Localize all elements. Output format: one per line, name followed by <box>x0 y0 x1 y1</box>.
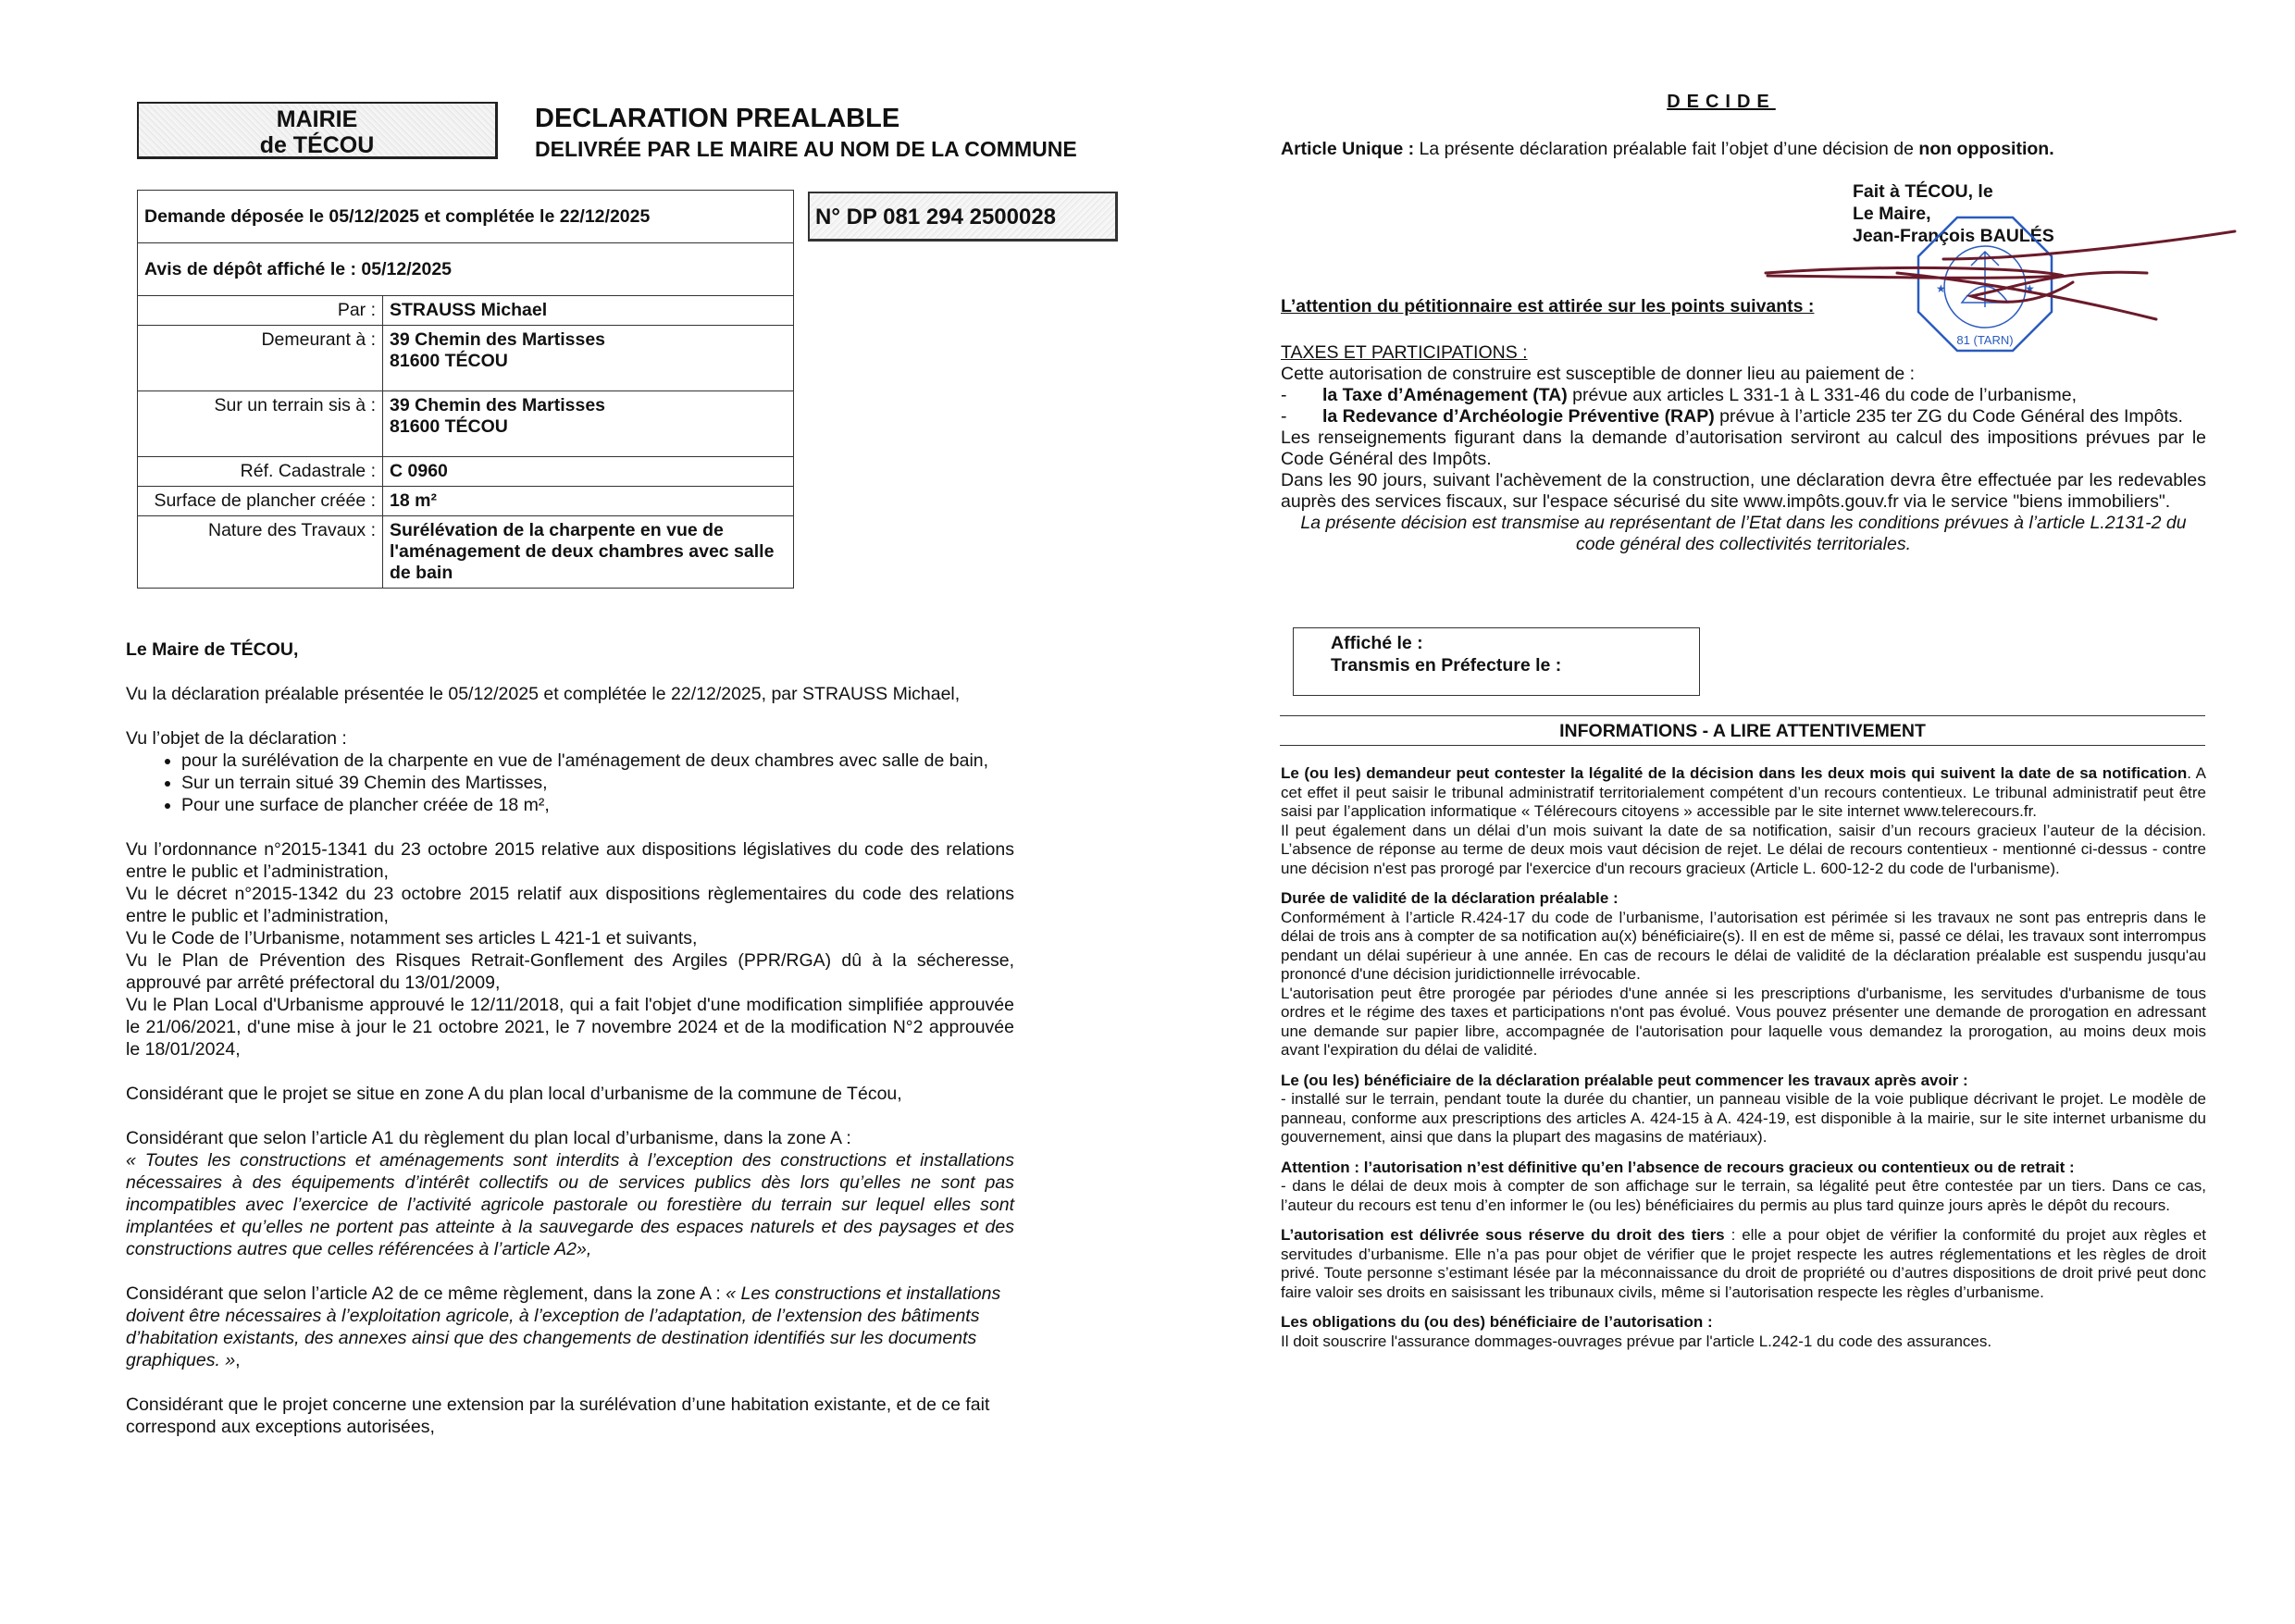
signature-scribble-icon <box>1758 222 2239 324</box>
info-section: Il peut également dans un délai d’un moi… <box>1281 822 2206 879</box>
divider <box>1280 745 2205 746</box>
vu-line: Vu l’ordonnance n°2015-1341 du 23 octobr… <box>126 838 1014 883</box>
taxes-section: TAXES ET PARTICIPATIONS : Cette autorisa… <box>1281 342 2206 555</box>
vu-line: Vu le Plan de Prévention des Risques Ret… <box>126 949 1014 994</box>
taxes-intro: Cette autorisation de construire est sus… <box>1281 364 2206 385</box>
info-value: 39 Chemin des Martisses81600 TÉCOU <box>383 326 794 391</box>
vu-objet: Vu l’objet de la déclaration : <box>126 727 1014 750</box>
info-label: Par : <box>138 296 383 326</box>
info-section: Les obligations du (ou des) bénéficiaire… <box>1281 1313 2206 1351</box>
objet-item: Sur un terrain situé 39 Chemin des Marti… <box>181 772 1014 794</box>
tax-item-name: la Redevance d’Archéologie Préventive (R… <box>1322 406 1715 427</box>
info-section-text: Il peut également dans un délai d’un moi… <box>1281 822 2206 877</box>
declaration-info-table: Demande déposée le 05/12/2025 et complét… <box>137 190 794 589</box>
attention-heading: L’attention du pétitionnaire est attirée… <box>1281 296 1814 317</box>
demande-date: Demande déposée le 05/12/2025 et complét… <box>138 191 794 243</box>
info-section-text: - installé sur le terrain, pendant toute… <box>1281 1090 2206 1146</box>
info-section-heading: Le (ou les) bénéficiaire de la déclarati… <box>1281 1072 2206 1091</box>
considerant-a1-quote: « Toutes les constructions et aménagemen… <box>126 1150 1014 1259</box>
left-body: Le Maire de TÉCOU, Vu la déclaration pré… <box>126 638 1014 1460</box>
info-section-heading: Durée de validité de la déclaration préa… <box>1281 889 2206 909</box>
informations-heading: INFORMATIONS - A LIRE ATTENTIVEMENT <box>1280 721 2205 742</box>
info-row: Demeurant à :39 Chemin des Martisses8160… <box>138 326 794 391</box>
info-value: 39 Chemin des Martisses81600 TÉCOU <box>383 391 794 457</box>
info-label: Surface de plancher créée : <box>138 487 383 516</box>
considerant-a1-intro: Considérant que selon l’article A1 du rè… <box>126 1128 851 1148</box>
info-value-line: STRAUSS Michael <box>390 300 787 321</box>
mairie-box: MAIRIE de TÉCOU <box>137 102 498 159</box>
avis-depot: Avis de dépôt affiché le : 05/12/2025 <box>138 243 794 296</box>
affichage-box: Affiché le : Transmis en Préfecture le : <box>1293 627 1700 696</box>
considerant-a2-end: , <box>235 1350 240 1370</box>
divider <box>1280 715 2205 716</box>
mairie-line1: MAIRIE <box>139 106 495 132</box>
info-value: 18 m² <box>383 487 794 516</box>
tax-item-text: prévue à l’article 235 ter ZG du Code Gé… <box>1715 406 2183 427</box>
transmis-label: Transmis en Préfecture le : <box>1331 654 1699 676</box>
info-row: Surface de plancher créée :18 m² <box>138 487 794 516</box>
info-section-heading: Les obligations du (ou des) bénéficiaire… <box>1281 1313 2206 1333</box>
info-section: Le (ou les) bénéficiaire de la déclarati… <box>1281 1072 2206 1147</box>
info-section: Attention : l’autorisation n’est définit… <box>1281 1159 2206 1216</box>
right-page: DECIDE Article Unique : La présente décl… <box>1147 0 2295 1624</box>
info-value: C 0960 <box>383 457 794 487</box>
info-value-line: 18 m² <box>390 490 787 512</box>
taxes-p1: Les renseignements figurant dans la dema… <box>1281 428 2206 470</box>
vu-block: Vu l’ordonnance n°2015-1341 du 23 octobr… <box>126 838 1014 1060</box>
info-section-text: Il doit souscrire l'assurance dommages-o… <box>1281 1333 1991 1350</box>
info-section: L'autorisation peut être prorogée par pé… <box>1281 985 2206 1060</box>
info-section: Le (ou les) demandeur peut contester la … <box>1281 764 2206 822</box>
vu-line: Vu le décret n°2015-1342 du 23 octobre 2… <box>126 883 1014 927</box>
considerant-a2-intro: Considérant que selon l’article A2 de ce… <box>126 1283 726 1304</box>
objet-item: pour la surélévation de la charpente en … <box>181 750 1014 772</box>
vu-line: Vu le Code de l’Urbanisme, notamment ses… <box>126 927 1014 949</box>
mairie-line2: de TÉCOU <box>139 132 495 158</box>
info-value-line: 39 Chemin des Martisses <box>390 329 787 351</box>
vu-declaration: Vu la déclaration préalable présentée le… <box>126 683 1014 705</box>
tax-item-name: la Taxe d’Aménagement (TA) <box>1322 385 1568 405</box>
signature-place: Fait à TÉCOU, le <box>1853 180 2054 203</box>
info-value-line: Surélévation de la charpente en vue de l… <box>390 520 787 584</box>
document-subtitle: DELIVRÉE PAR LE MAIRE AU NOM DE LA COMMU… <box>535 137 1077 162</box>
article-label: Article Unique : <box>1281 139 1414 159</box>
info-value-line: 81600 TÉCOU <box>390 416 787 438</box>
article-decision: non opposition. <box>1918 139 2053 159</box>
objet-list: pour la surélévation de la charpente en … <box>126 750 1014 816</box>
info-value-line: C 0960 <box>390 461 787 482</box>
considerant-a2: Considérant que selon l’article A2 de ce… <box>126 1283 1014 1371</box>
tax-item: -la Redevance d’Archéologie Préventive (… <box>1281 406 2206 428</box>
dp-number: N° DP 081 294 2500028 <box>808 192 1118 242</box>
tax-item: -la Taxe d’Aménagement (TA) prévue aux a… <box>1281 385 2206 406</box>
info-value-line: 81600 TÉCOU <box>390 351 787 372</box>
informations-body: Le (ou les) demandeur peut contester la … <box>1281 764 2206 1362</box>
info-label: Demeurant à : <box>138 326 383 391</box>
document-title: DECLARATION PREALABLE <box>535 104 899 134</box>
info-section-heading: Attention : l’autorisation n’est définit… <box>1281 1159 2206 1178</box>
decide-heading: DECIDE <box>1147 92 2295 113</box>
objet-item: Pour une surface de plancher créée de 18… <box>181 794 1014 816</box>
taxes-title: TAXES ET PARTICIPATIONS : <box>1281 342 2206 364</box>
info-section-text: Conformément à l’article R.424-17 du cod… <box>1281 909 2206 984</box>
info-section: Durée de validité de la déclaration préa… <box>1281 889 2206 985</box>
info-value: Surélévation de la charpente en vue de l… <box>383 516 794 589</box>
info-row: Sur un terrain sis à :39 Chemin des Mart… <box>138 391 794 457</box>
article-unique: Article Unique : La présente déclaration… <box>1281 139 2054 160</box>
info-section-bold: Le (ou les) demandeur peut contester la … <box>1281 764 2187 782</box>
taxes-p2: Dans les 90 jours, suivant l'achèvement … <box>1281 470 2206 513</box>
info-section-text: - dans le délai de deux mois à compter d… <box>1281 1177 2206 1214</box>
affiche-label: Affiché le : <box>1331 632 1699 654</box>
info-row: Nature des Travaux :Surélévation de la c… <box>138 516 794 589</box>
article-text: La présente déclaration préalable fait l… <box>1414 139 1918 159</box>
info-section-text: L'autorisation peut être prorogée par pé… <box>1281 985 2206 1060</box>
considerant-a1: Considérant que selon l’article A1 du rè… <box>126 1127 1014 1260</box>
info-section-bold: L’autorisation est délivrée sous réserve… <box>1281 1226 1725 1244</box>
considerant-zone: Considérant que le projet se situe en zo… <box>126 1083 1014 1105</box>
left-page: MAIRIE de TÉCOU DECLARATION PREALABLE DE… <box>0 0 1147 1624</box>
vu-line: Vu le Plan Local d'Urbanisme approuvé le… <box>126 994 1014 1060</box>
transmission-note: La présente décision est transmise au re… <box>1281 513 2206 555</box>
info-row: Par :STRAUSS Michael <box>138 296 794 326</box>
info-value: STRAUSS Michael <box>383 296 794 326</box>
info-label: Réf. Cadastrale : <box>138 457 383 487</box>
info-row: Réf. Cadastrale :C 0960 <box>138 457 794 487</box>
info-label: Sur un terrain sis à : <box>138 391 383 457</box>
info-section: L’autorisation est délivrée sous réserve… <box>1281 1226 2206 1302</box>
maire-heading: Le Maire de TÉCOU, <box>126 638 1014 661</box>
info-value-line: 39 Chemin des Martisses <box>390 395 787 416</box>
info-label: Nature des Travaux : <box>138 516 383 589</box>
considerant-final: Considérant que le projet concerne une e… <box>126 1394 1014 1438</box>
tax-item-text: prévue aux articles L 331-1 à L 331-46 d… <box>1568 385 2077 405</box>
